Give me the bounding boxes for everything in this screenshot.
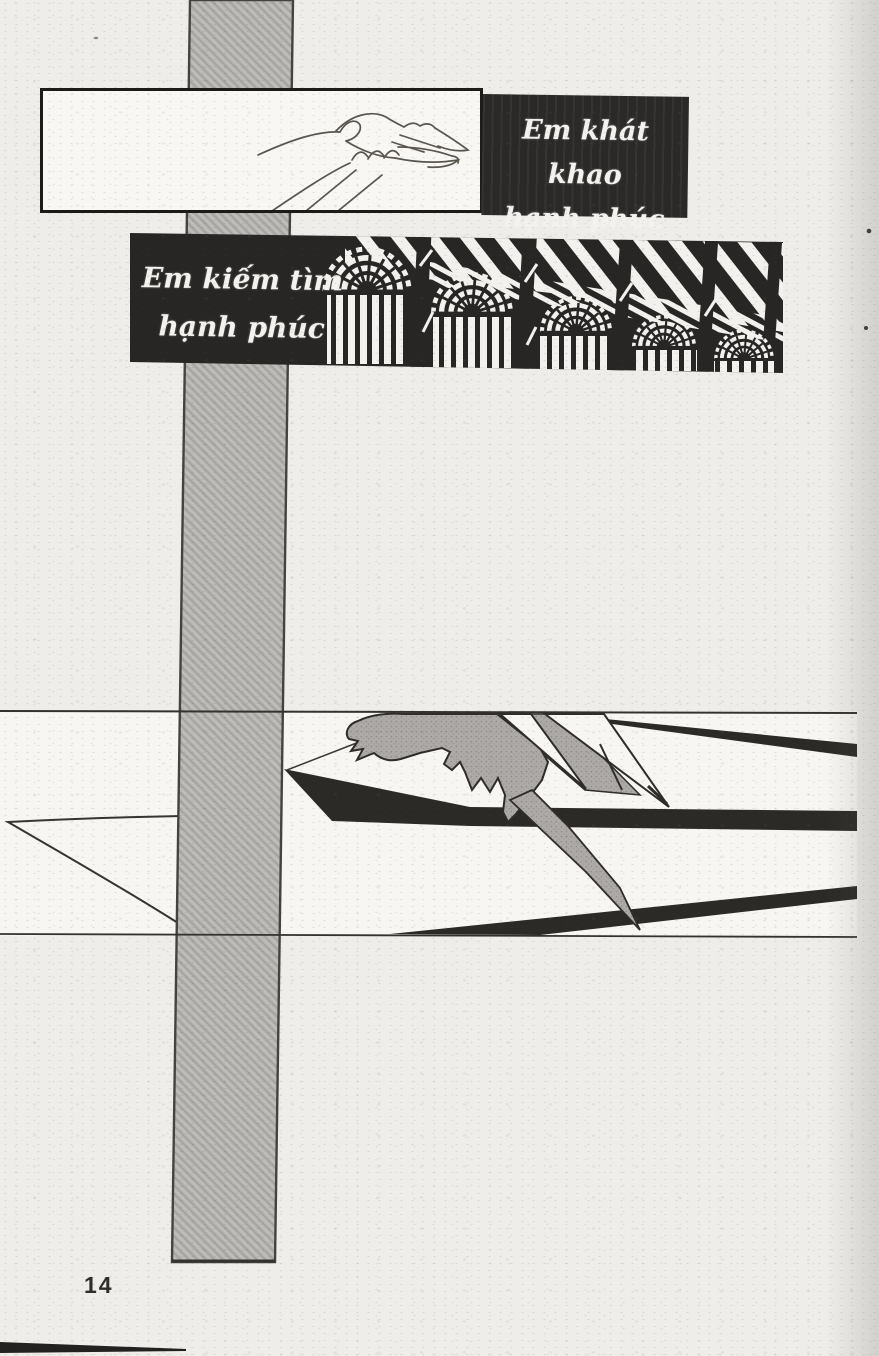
page-number: 14 <box>84 1272 114 1299</box>
caption-line: hạnh phúc <box>481 196 688 243</box>
caption-box-desire: Em khát khao hạnh phúc <box>481 94 689 218</box>
comic-page: Em khát khao hạnh phúc Em kiếm tìm hạnh … <box>0 0 879 1356</box>
caption-line: hạnh phúc <box>132 302 351 353</box>
bottom-edge-bar <box>0 1342 186 1353</box>
hands-panel <box>40 88 483 213</box>
hands-illustration <box>43 91 480 210</box>
caption-line: Em khát khao <box>482 108 689 199</box>
caption-box-search: Em kiếm tìm hạnh phúc <box>132 241 352 364</box>
caption-line: Em kiếm tìm <box>133 254 352 305</box>
